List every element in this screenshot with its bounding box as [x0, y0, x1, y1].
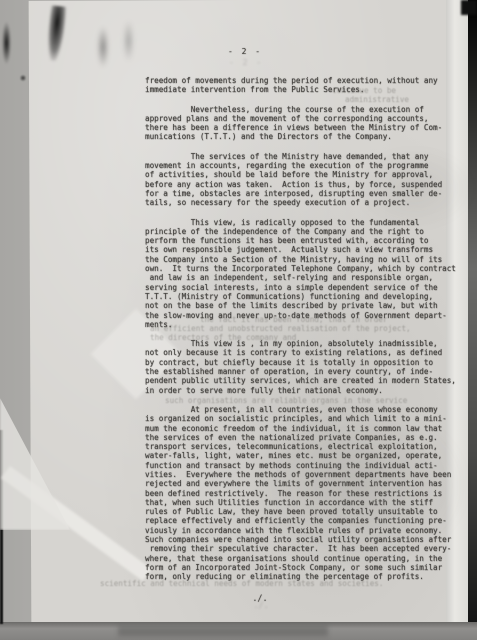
scan-left-edge — [0, 430, 3, 624]
ink-dot — [20, 74, 26, 82]
scanned-document-page: - 2 - freedom of movements during the pe… — [0, 0, 477, 640]
paragraph: freedom of movements during the period o… — [145, 76, 467, 95]
paragraph: This view is , in my opinion, absolutely… — [145, 339, 467, 395]
paragraph: The services of the Ministry have demand… — [145, 152, 467, 208]
paragraph: At present, in all countries, even those… — [145, 405, 467, 582]
ink-smudge — [2, 22, 11, 64]
page-number: - 2 - — [205, 47, 285, 56]
paragraph: Nevertheless, during the course of the e… — [145, 105, 467, 142]
scan-bottom-edge — [0, 622, 477, 640]
continuation-mark: ./. — [230, 594, 290, 604]
paragraph: This view, is radically opposed to the f… — [145, 218, 467, 330]
scan-right-edge — [468, 0, 477, 640]
typed-text-block: freedom of movements during the period o… — [145, 76, 467, 592]
